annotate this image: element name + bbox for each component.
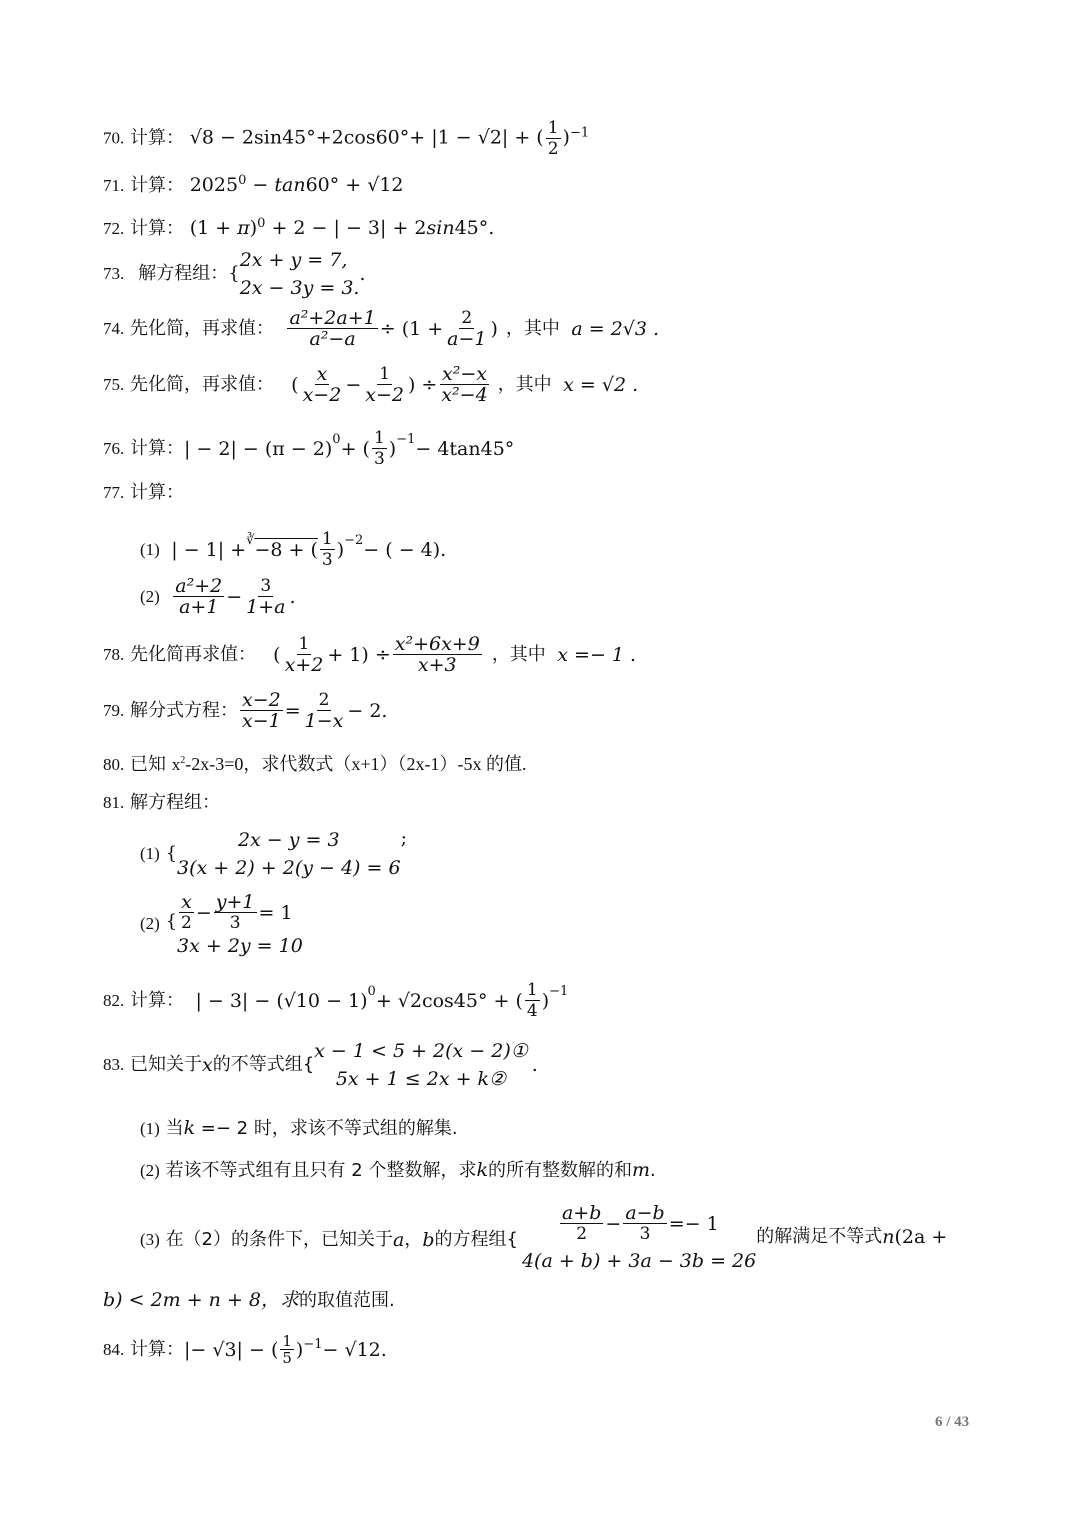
inequality-system: x − 1 < 5 + 2(x − 2)① 5x + 1 ≤ 2x + k② — [314, 1037, 528, 1093]
problem-74: 74. 先化简，再求值： a²+2a+1a²−a ÷ (1 + 2a−1 ) ，… — [103, 308, 659, 349]
problem-number: 71. — [103, 176, 124, 195]
problem-83-part-1: (1) 当k =− 2 时，求该不等式组的解集. — [140, 1116, 458, 1141]
part-label: (2) — [140, 912, 160, 936]
problem-number: 84. — [103, 1338, 124, 1362]
problem-prompt: 计算： — [130, 1338, 184, 1362]
problem-prompt: 计算： — [130, 482, 184, 503]
part-label: (2) — [140, 585, 160, 609]
problem-prompt: 计算： — [130, 175, 184, 196]
brace: { — [166, 910, 177, 934]
problem-77-part-2: (2) a²+2a+1 − 31+a. — [140, 576, 296, 617]
problem-83: 83. 已知关于x的不等式组{ x − 1 < 5 + 2(x − 2)① 5x… — [103, 1037, 538, 1093]
fraction: x2 — [179, 892, 194, 933]
equation-system: x2 − y+13 = 1 3x + 2y = 10 — [177, 892, 303, 959]
problem-number: 82. — [103, 989, 124, 1013]
fraction: xx−2 — [301, 364, 344, 405]
fraction: a−b3 — [623, 1203, 666, 1244]
problem-70: 70. 计算： √8 − 2sin45°+2cos60°+ |1 − √2| +… — [103, 118, 589, 159]
problem-prompt: 解分式方程： — [130, 699, 238, 723]
equation-system: a+b2 − a−b3 =− 1 4(a + b) + 3a − 3b = 26 — [522, 1203, 756, 1276]
equation-system: 2x − y = 3 3(x + 2) + 2(y − 4) = 6 — [177, 826, 401, 882]
problem-77-part-1: (1) | − 1| + ∛−8 + (13)−2 − ( − 4). — [140, 529, 446, 570]
problem-76: 76. 计算： | − 2| − (π − 2)0 + (13)−1 − 4ta… — [103, 428, 514, 469]
problem-number: 81. — [103, 793, 124, 812]
fraction: 1x+2 — [283, 634, 326, 675]
page-indicator: 6 / 43 — [935, 1414, 969, 1431]
problem-prompt: 先化简，再求值： — [130, 317, 274, 341]
fraction: 12 — [546, 118, 561, 159]
problem-81-part-1: (1) { 2x − y = 3 3(x + 2) + 2(y − 4) = 6… — [140, 826, 407, 882]
problem-prompt: 解方程组： — [130, 792, 220, 813]
part-label: (1) — [140, 1119, 160, 1138]
math-expression: √8 − 2sin45°+2cos60°+ |1 − √2| + ( — [190, 127, 544, 149]
fraction: 14 — [525, 980, 540, 1021]
problem-81: 81. 解方程组： — [103, 791, 220, 815]
fraction: a²+2a+1a²−a — [287, 308, 377, 349]
fraction: 13 — [372, 428, 387, 469]
problem-number: 76. — [103, 437, 124, 461]
problem-prompt: 解方程组： — [138, 262, 228, 286]
problem-number: 73. — [103, 262, 124, 286]
problem-80: 80. 已知 x2-2x-3=0，求代数式（x+1）（2x-1）-5x 的值. — [103, 749, 527, 777]
part-label: (1) — [140, 538, 160, 562]
problem-83-part-3-continued: b) < 2m + n + 8，求n的取值范围. — [103, 1288, 395, 1313]
fraction: x−2x−1 — [240, 690, 283, 731]
brace: { — [228, 262, 239, 286]
problem-71: 71. 计算： 20250 − tan60° + √12 — [103, 169, 404, 198]
condition: a = 2√3 . — [571, 317, 659, 341]
part-label: (1) — [140, 842, 160, 866]
problem-81-part-2: (2) { x2 − y+13 = 1 3x + 2y = 10 — [140, 892, 303, 959]
problem-number: 74. — [103, 317, 124, 341]
problem-number: 79. — [103, 699, 124, 723]
math-expression: (1 + — [190, 217, 238, 239]
problem-prompt: 计算： — [130, 989, 184, 1013]
fraction: 15 — [280, 1333, 294, 1366]
problem-82: 82. 计算： | − 3| − (√10 − 1)0 + √2cos45° +… — [103, 980, 568, 1021]
problem-72: 72. 计算： (1 + π)0 + 2 − | − 3| + 2sin45°. — [103, 212, 494, 241]
problem-number: 77. — [103, 483, 124, 502]
problem-number: 70. — [103, 129, 124, 148]
problem-number: 78. — [103, 643, 124, 667]
fraction: 31+a — [244, 576, 287, 617]
problem-prompt: 计算： — [130, 128, 184, 149]
problem-83-part-2: (2) 若该不等式组有且只有 2 个整数解，求k的所有整数解的和m. — [140, 1158, 656, 1183]
problem-prompt: 计算： — [130, 437, 184, 461]
part-label: (2) — [140, 1161, 160, 1180]
fraction: 2a−1 — [445, 308, 488, 349]
equation-system: 2x + y = 7, 2x − 3y = 3. — [240, 246, 360, 302]
problem-number: 83. — [103, 1053, 124, 1077]
fraction: 21−x — [303, 690, 346, 731]
problem-prompt: 先化简再求值： — [130, 643, 256, 667]
problem-75: 75. 先化简，再求值： ( xx−2 − 1x−2 ) ÷ x²−xx²−4 … — [103, 364, 638, 405]
fraction: a+b2 — [560, 1203, 603, 1244]
condition: x =− 1 . — [557, 643, 636, 667]
fraction: 13 — [320, 529, 335, 570]
math-expression: 2025 — [190, 174, 238, 196]
fraction: x²−xx²−4 — [439, 364, 489, 405]
condition: x = √2 . — [563, 373, 638, 397]
fraction: a²+2a+1 — [173, 576, 224, 617]
problem-84: 84. 计算： |− √3| − (15)−1 − √12. — [103, 1333, 387, 1366]
fraction: 1x−2 — [363, 364, 406, 405]
problem-number: 75. — [103, 373, 124, 397]
problem-83-part-3: (3) 在（2）的条件下，已知关于a，b的方程组{ a+b2 − a−b3 =−… — [140, 1203, 947, 1276]
problem-prompt: 计算： — [130, 218, 184, 239]
part-label: (3) — [140, 1228, 160, 1252]
problem-77: 77. 计算： — [103, 481, 184, 505]
fraction: x²+6x+9x+3 — [393, 634, 482, 675]
problem-73: 73. 解方程组： { 2x + y = 7, 2x − 3y = 3. . — [103, 246, 366, 302]
problem-prompt: 先化简，再求值： — [130, 373, 274, 397]
problem-79: 79. 解分式方程： x−2x−1 = 21−x − 2. — [103, 690, 387, 731]
problem-number: 80. — [103, 755, 124, 774]
fraction: y+13 — [214, 892, 257, 933]
problem-number: 72. — [103, 219, 124, 238]
brace: { — [166, 842, 177, 866]
problem-78: 78. 先化简再求值： ( 1x+2 + 1) ÷ x²+6x+9x+3 ，其中… — [103, 634, 636, 675]
